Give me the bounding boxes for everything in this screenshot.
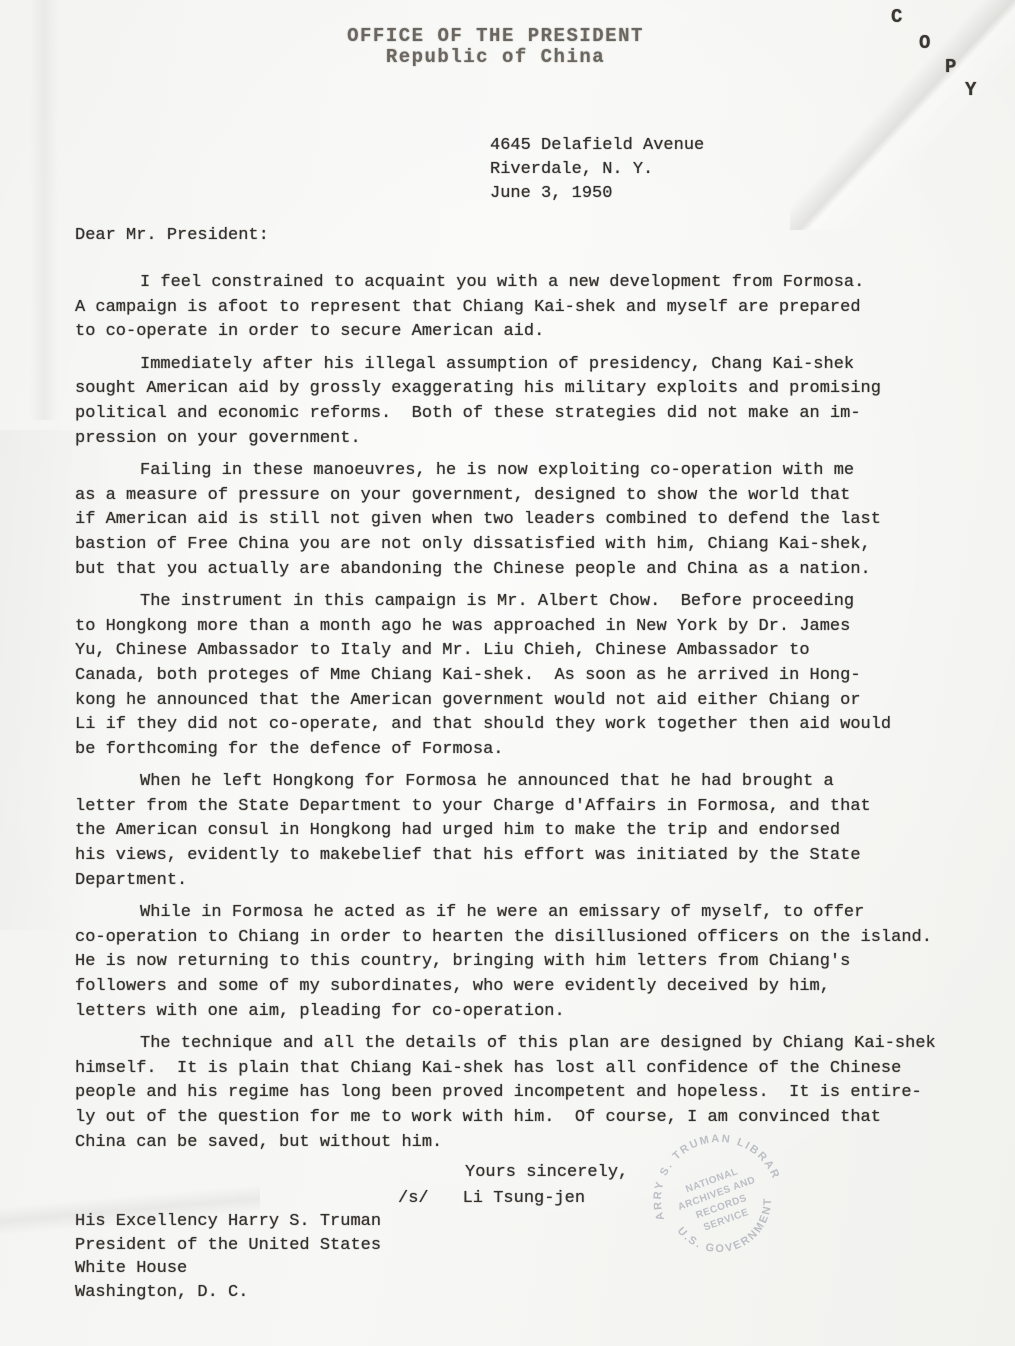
sender-address-block: 4645 Delafield Avenue Riverdale, N. Y. J… — [490, 134, 1015, 206]
letterhead-country: Republic of China — [0, 47, 1003, 68]
paragraph-2: Immediately after his illegal assumption… — [75, 353, 960, 451]
paragraph-5: When he left Hongkong for Formosa he ann… — [75, 770, 960, 893]
letter-body: I feel constrained to acquaint you with … — [75, 271, 960, 1155]
salutation: Dear Mr. President: — [75, 226, 1015, 245]
letterhead-office: OFFICE OF THE PRESIDENT — [0, 26, 1003, 47]
signature-s-mark: /s/ — [398, 1189, 429, 1208]
recipient-city: Washington, D. C. — [75, 1281, 1015, 1305]
recipient-name: His Excellency Harry S. Truman — [75, 1210, 1015, 1234]
letter-date: June 3, 1950 — [490, 182, 1015, 206]
recipient-building: White House — [75, 1257, 1015, 1281]
letter-page: C O P Y OFFICE OF THE PRESIDENT Republic… — [0, 0, 1015, 1346]
sender-street: 4645 Delafield Avenue — [490, 134, 1015, 158]
recipient-title: President of the United States — [75, 1234, 1015, 1258]
letterhead: OFFICE OF THE PRESIDENT Republic of Chin… — [0, 0, 1003, 68]
recipient-address-block: His Excellency Harry S. Truman President… — [75, 1210, 1015, 1304]
paragraph-3: Failing in these manoeuvres, he is now e… — [75, 459, 960, 582]
signature-name: Li Tsung-jen — [463, 1189, 585, 1208]
sender-city: Riverdale, N. Y. — [490, 158, 1015, 182]
paragraph-1: I feel constrained to acquaint you with … — [75, 271, 960, 345]
archives-stamp: HARRY S. TRUMAN LIBRARY U.S. GOVERNMENT … — [645, 1126, 793, 1274]
paragraph-4: The instrument in this campaign is Mr. A… — [75, 590, 960, 762]
paragraph-6: While in Formosa he acted as if he were … — [75, 901, 960, 1024]
paragraph-7: The technique and all the details of thi… — [75, 1032, 960, 1155]
copy-letter-y: Y — [965, 79, 976, 101]
